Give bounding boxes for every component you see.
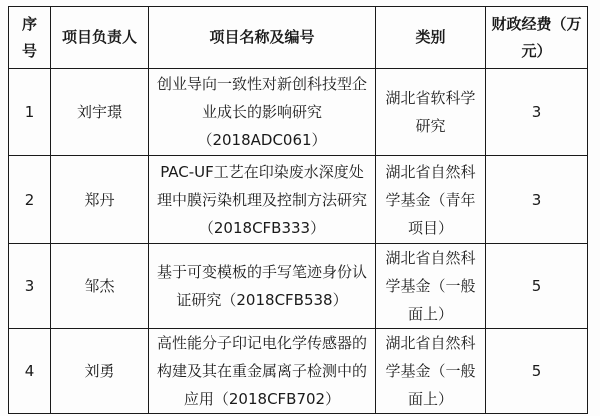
cell-funding: 3 bbox=[486, 69, 588, 156]
cell-funding: 3 bbox=[486, 156, 588, 244]
table-row: 2 郑丹 PAC-UF工艺在印染废水深度处理中膜污染机理及控制方法研究（2018… bbox=[9, 156, 588, 244]
cell-no: 1 bbox=[9, 69, 51, 156]
cell-leader: 邹杰 bbox=[51, 244, 149, 329]
cell-leader: 刘勇 bbox=[51, 329, 149, 414]
cell-funding: 5 bbox=[486, 244, 588, 329]
cell-project: 创业导向一致性对新创科技型企业成长的影响研究（2018ADC061） bbox=[149, 69, 376, 156]
header-funding: 财政经费（万元） bbox=[486, 7, 588, 69]
document-page: 序号 项目负责人 项目名称及编号 类别 财政经费（万元） 1 刘宇璟 创业导向一… bbox=[0, 0, 600, 416]
header-project: 项目名称及编号 bbox=[149, 7, 376, 69]
cell-leader: 郑丹 bbox=[51, 156, 149, 244]
cell-category: 湖北省软科学研究 bbox=[376, 69, 486, 156]
cell-project: PAC-UF工艺在印染废水深度处理中膜污染机理及控制方法研究（2018CFB33… bbox=[149, 156, 376, 244]
cell-project: 基于可变模板的手写笔迹身份认证研究（2018CFB538） bbox=[149, 244, 376, 329]
cell-no: 4 bbox=[9, 329, 51, 414]
table-header-row: 序号 项目负责人 项目名称及编号 类别 财政经费（万元） bbox=[9, 7, 588, 69]
table-body: 1 刘宇璟 创业导向一致性对新创科技型企业成长的影响研究（2018ADC061）… bbox=[9, 69, 588, 414]
table-row: 3 邹杰 基于可变模板的手写笔迹身份认证研究（2018CFB538） 湖北省自然… bbox=[9, 244, 588, 329]
cell-leader: 刘宇璟 bbox=[51, 69, 149, 156]
cell-category: 湖北省自然科学基金（一般面上） bbox=[376, 244, 486, 329]
cell-no: 2 bbox=[9, 156, 51, 244]
header-leader: 项目负责人 bbox=[51, 7, 149, 69]
header-category: 类别 bbox=[376, 7, 486, 69]
table-row: 1 刘宇璟 创业导向一致性对新创科技型企业成长的影响研究（2018ADC061）… bbox=[9, 69, 588, 156]
projects-table: 序号 项目负责人 项目名称及编号 类别 财政经费（万元） 1 刘宇璟 创业导向一… bbox=[8, 6, 588, 414]
cell-category: 湖北省自然科学基金（青年项目） bbox=[376, 156, 486, 244]
cell-no: 3 bbox=[9, 244, 51, 329]
cell-funding: 5 bbox=[486, 329, 588, 414]
header-no: 序号 bbox=[9, 7, 51, 69]
cell-category: 湖北省自然科学基金（一般面上） bbox=[376, 329, 486, 414]
cell-project: 高性能分子印记电化学传感器的构建及其在重金属离子检测中的应用（2018CFB70… bbox=[149, 329, 376, 414]
table-row: 4 刘勇 高性能分子印记电化学传感器的构建及其在重金属离子检测中的应用（2018… bbox=[9, 329, 588, 414]
